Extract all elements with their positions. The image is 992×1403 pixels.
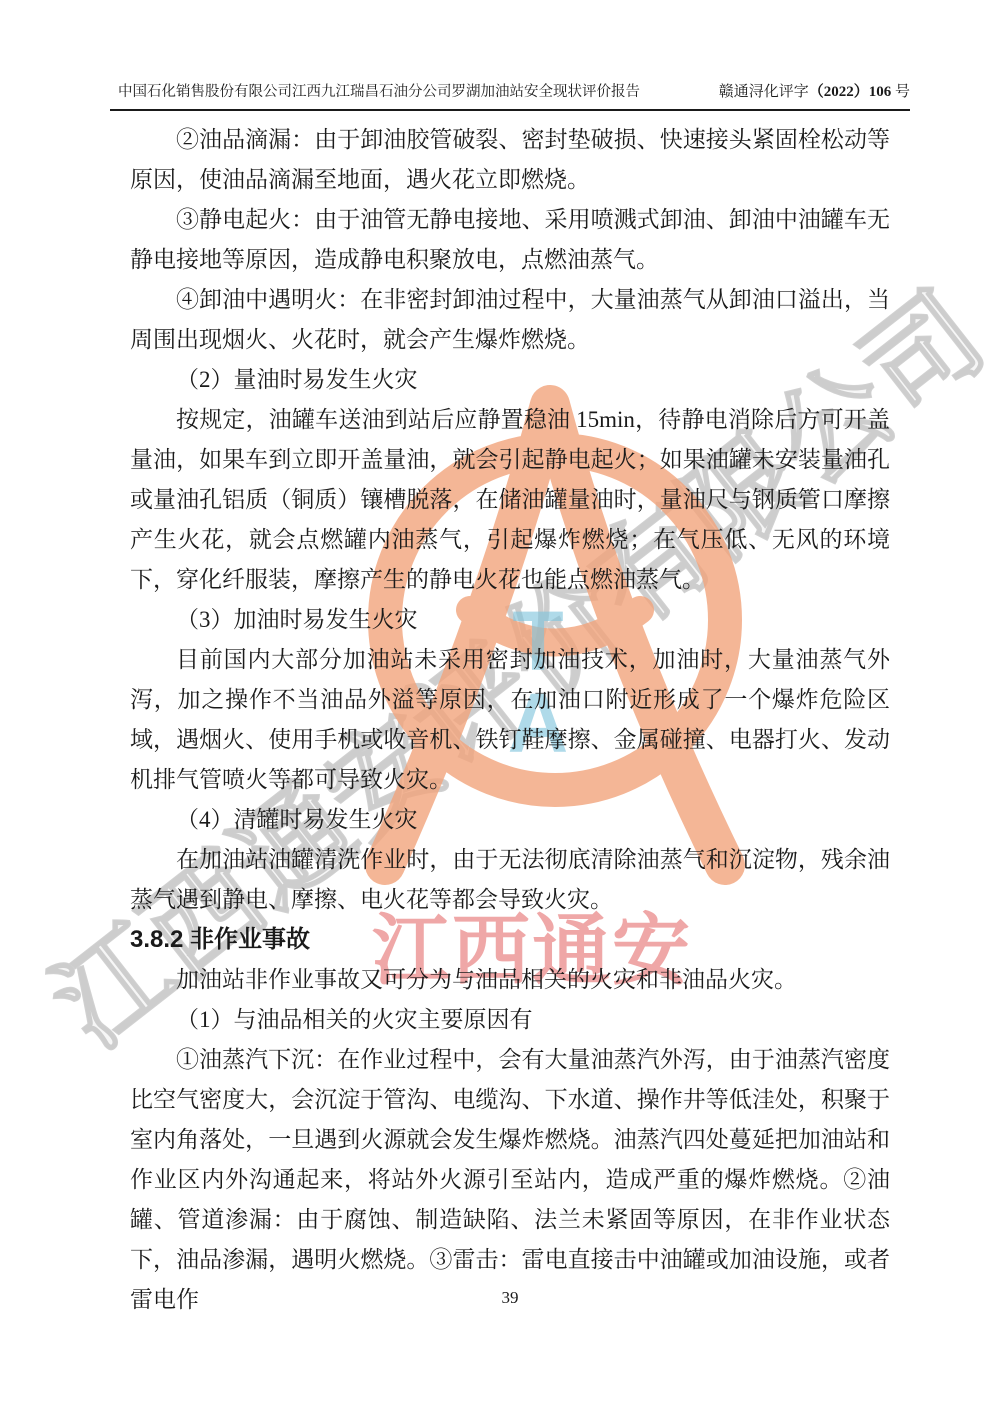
paragraph: 按规定，油罐车送油到站后应静置稳油 15min，待静电消除后方可开盖量油，如果车…: [130, 400, 890, 600]
page-number: 39: [130, 1288, 890, 1308]
paragraph: 在加油站油罐清洗作业时，由于无法彻底清除油蒸气和沉淀物，残余油蒸气遇到静电、摩擦…: [130, 840, 890, 920]
paragraph: 目前国内大部分加油站未采用密封加油技术，加油时，大量油蒸气外泻，加之操作不当油品…: [130, 640, 890, 800]
paragraph: （2）量油时易发生火灾: [130, 360, 890, 400]
paragraph: （3）加油时易发生火灾: [130, 600, 890, 640]
header-report-title: 中国石化销售股份有限公司江西九江瑞昌石油分公司罗湖加油站安全现状评价报告: [110, 80, 640, 101]
page-header: 中国石化销售股份有限公司江西九江瑞昌石油分公司罗湖加油站安全现状评价报告 赣通浔…: [110, 80, 910, 111]
doc-number-suffix: 号: [891, 84, 910, 100]
header-doc-number: 赣通浔化评字（2022）106 号: [719, 80, 910, 101]
paragraph: 加油站非作业事故又可分为与油品相关的火灾和非油品火灾。: [130, 960, 890, 1000]
paragraph: （1）与油品相关的火灾主要原因有: [130, 1000, 890, 1040]
paragraph: ③静电起火：由于油管无静电接地、采用喷溅式卸油、卸油中油罐车无静电接地等原因，造…: [130, 200, 890, 280]
doc-number-prefix: 赣通浔化评字: [719, 84, 809, 100]
paragraph: ④卸油中遇明火：在非密封卸油过程中，大量油蒸气从卸油口溢出，当周围出现烟火、火花…: [130, 280, 890, 360]
paragraph: （4）清罐时易发生火灾: [130, 800, 890, 840]
section-heading: 3.8.2 非作业事故: [130, 920, 890, 960]
document-page: 江西通安评价有限公司 T A 江西通安 中国石化销售股份有限公司江西九江瑞昌石油…: [0, 0, 992, 1403]
body-paragraphs: ②油品滴漏：由于卸油胶管破裂、密封垫破损、快速接头紧固栓松动等原因，使油品滴漏至…: [130, 120, 890, 1320]
paragraph: ①油蒸汽下沉：在作业过程中，会有大量油蒸汽外泻，由于油蒸汽密度比空气密度大，会沉…: [130, 1040, 890, 1320]
doc-number-bold: （2022）106: [809, 84, 892, 100]
paragraph: ②油品滴漏：由于卸油胶管破裂、密封垫破损、快速接头紧固栓松动等原因，使油品滴漏至…: [130, 120, 890, 200]
